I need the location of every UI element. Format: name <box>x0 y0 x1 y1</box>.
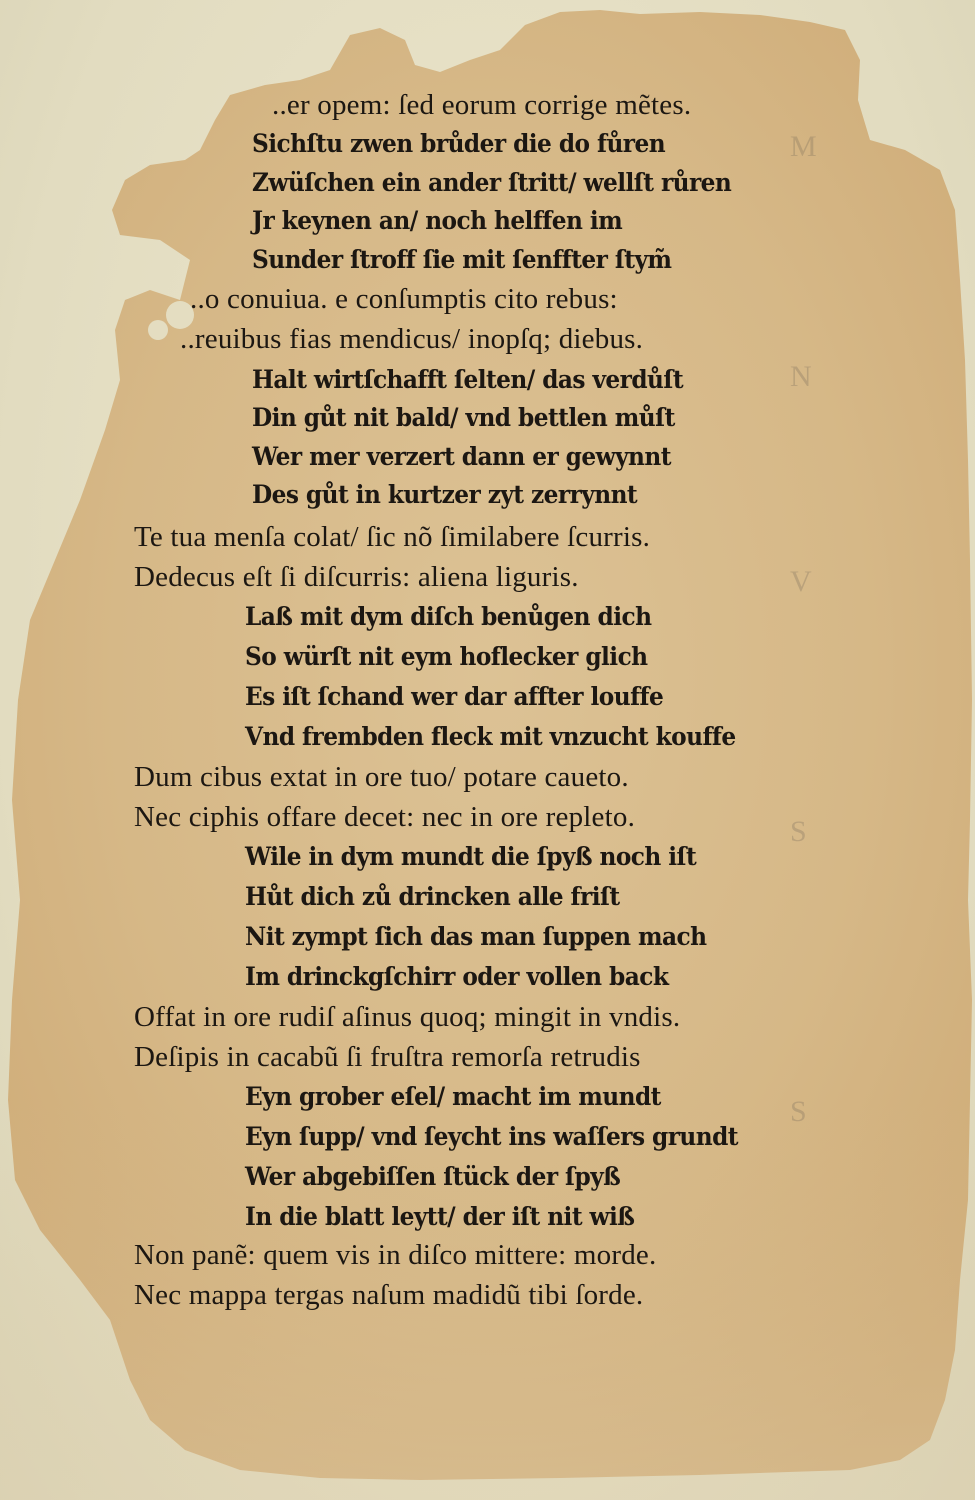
latin-verse-line: Nec mappa tergas naſum madidũ tibi ſorde… <box>134 1278 643 1312</box>
german-verse-line: Nit zympt ſich das man ſuppen mach <box>245 920 706 954</box>
german-verse-line: Halt wirtſchafft ſelten/ das verdůſt <box>252 363 683 397</box>
german-verse-line: Laß mit dym diſch benůgen dich <box>245 600 651 634</box>
bleed-through-text: S <box>790 815 807 849</box>
bleed-through-text: N <box>790 360 812 394</box>
german-verse-line: Jr keynen an/ noch helffen im <box>252 204 622 238</box>
latin-verse-line: Dedecus eſt ſi diſcurris: aliena liguris… <box>134 560 579 594</box>
latin-verse-line: ..o conuiua. e conſumptis cito rebus: <box>190 282 618 316</box>
german-verse-line: Vnd frembden fleck mit vnzucht kouffe <box>245 720 736 754</box>
bleed-through-text: M <box>790 130 817 164</box>
latin-verse-line: ..reuibus fias mendicus/ inopſq; diebus. <box>180 322 643 356</box>
latin-verse-line: Nec ciphis offare decet: nec in ore repl… <box>134 800 635 834</box>
german-verse-line: Sichſtu zwen brůder die do fůren <box>252 127 665 161</box>
latin-verse-line: Deſipis in cacabũ ſi fruſtra remorſa ret… <box>134 1040 641 1074</box>
german-verse-line: Hůt dich zů drincken alle friſt <box>245 880 620 914</box>
german-verse-line: Es iſt ſchand wer dar affter louffe <box>245 680 663 714</box>
latin-verse-line: ..er opem: ſed eorum corrige mẽtes. <box>272 88 691 122</box>
latin-verse-line: Te tua menſa colat/ ſic nõ ſimilabere ſc… <box>134 520 650 554</box>
german-verse-line: Sunder ſtroff ſie mit ſenffter ſtym̃ <box>252 243 671 277</box>
german-verse-line: Wer abgebiſſen ſtück der ſpyß <box>245 1160 620 1194</box>
german-verse-line: In die blatt leytt/ der iſt nit wiß <box>245 1200 634 1234</box>
german-verse-line: Im drinckgſchirr oder vollen back <box>245 960 668 994</box>
german-verse-line: So würſt nit eym hoflecker glich <box>245 640 648 674</box>
german-verse-line: Zwüſchen ein ander ſtritt/ wellſt růren <box>252 166 731 200</box>
latin-verse-line: Dum cibus extat in ore tuo/ potare cauet… <box>134 760 629 794</box>
german-verse-line: Eyn ſupp/ vnd ſeycht ins waſſers grundt <box>245 1120 738 1154</box>
german-verse-line: Wer mer verzert dann er gewynnt <box>252 440 671 474</box>
german-verse-line: Din gůt nit bald/ vnd bettlen můſt <box>252 401 675 435</box>
latin-verse-line: Non panẽ: quem vis in diſco mittere: mor… <box>134 1238 656 1272</box>
printed-text-block: M N V S S ..er opem: ſed eorum corrige m… <box>0 0 975 1500</box>
german-verse-line: Des gůt in kurtzer zyt zerrynnt <box>252 478 637 512</box>
german-verse-line: Wile in dym mundt die ſpyß noch iſt <box>245 840 696 874</box>
bleed-through-text: V <box>790 565 812 599</box>
latin-verse-line: Offat in ore rudiſ aſinus quoq; mingit i… <box>134 1000 680 1034</box>
bleed-through-text: S <box>790 1095 807 1129</box>
german-verse-line: Eyn grober eſel/ macht im mundt <box>245 1080 661 1114</box>
